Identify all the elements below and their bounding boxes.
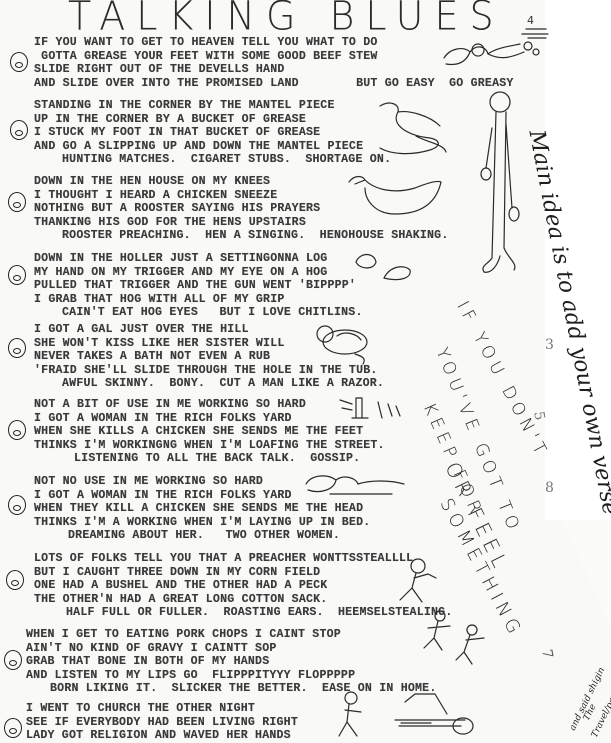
lyric-line: MY HAND ON MY TRIGGER AND MY EYE ON A HO…: [34, 266, 363, 280]
running-figure-sketch-icon: [392, 556, 442, 606]
hog-sketch-icon: [350, 248, 420, 288]
face-doodle-icon: [8, 420, 26, 440]
scanned-page: TALKING BLUES 4 IF YOU WANT TO GET TO HE…: [0, 0, 611, 743]
lying-figure-sketch-icon: [300, 470, 410, 500]
stanza-8: LOTS OF FOLKS TELL YOU THAT A PREACHER W…: [34, 552, 453, 620]
lyric-line: THE OTHER'N HAD A GREAT LONG COTTON SACK…: [34, 593, 453, 607]
spoken-aside: HALF FULL OR FULLER. ROASTING EARS. HEEM…: [34, 606, 453, 620]
tall-stick-figure-sketch-icon: [478, 88, 526, 278]
lyric-line: AND SLIDE OVER INTO THE PROMISED LAND BU…: [34, 77, 514, 91]
stanza-10: I WENT TO CHURCH THE OTHER NIGHT SEE IF …: [26, 702, 298, 743]
lyric-line: ONE HAD A BUSHEL AND THE OTHER HAD A PEC…: [34, 579, 453, 593]
outhouse-sketch-icon: [338, 392, 418, 422]
lyric-line: GRAB THAT BONE IN BOTH OF MY HANDS: [26, 655, 437, 669]
face-doodle-icon: [10, 120, 28, 140]
lyric-line: THINKS I'M A WORKING WHEN I'M LAYING UP …: [34, 516, 370, 530]
face-doodle-icon: [8, 495, 26, 515]
flying-angel-sketch-icon: [440, 38, 540, 74]
lyric-line: AND LISTEN TO MY LIPS GO FLIPPPITYYY FLO…: [26, 669, 437, 683]
lyric-line: PULLED THAT TRIGGER AND THE GUN WENT 'BI…: [34, 279, 363, 293]
stanza-9: WHEN I GET TO EATING PORK CHOPS I CAINT …: [26, 628, 437, 696]
face-doodle-icon: [4, 718, 22, 738]
face-doodle-icon: [4, 650, 22, 670]
dancing-figures-sketch-icon: [420, 608, 490, 668]
lyric-line: UP IN THE CORNER BY A BUCKET OF GREASE: [34, 113, 391, 127]
lyric-line: BUT I CAUGHT THREE DOWN IN MY CORN FIELD: [34, 566, 453, 580]
lyric-line: I WENT TO CHURCH THE OTHER NIGHT: [26, 702, 298, 716]
lyric-line: WHEN I GET TO EATING PORK CHOPS I CAINT …: [26, 628, 437, 642]
face-doodle-icon: [10, 52, 28, 72]
lyric-line: LOTS OF FOLKS TELL YOU THAT A PREACHER W…: [34, 552, 453, 566]
slipping-man-sketch-icon: [370, 96, 450, 166]
lyric-line: I GOT A WOMAN IN THE RICH FOLKS YARD: [34, 412, 385, 426]
lyric-line: 'FRAID SHE'LL SLIDE THROUGH THE HOLE IN …: [34, 364, 384, 378]
stanza-2: STANDING IN THE CORNER BY THE MANTEL PIE…: [34, 99, 391, 167]
spoken-aside: LISTENING TO ALL THE BACK TALK. GOSSIP.: [34, 452, 385, 466]
margin-number: 3: [545, 337, 554, 353]
stanza-6: NOT A BIT OF USE IN ME WORKING SO HARD I…: [34, 398, 385, 466]
spoken-aside: CAIN'T EAT HOG EYES BUT I LOVE CHITLINS.: [34, 306, 363, 320]
stanza-4: DOWN IN THE HOLLER JUST A SETTINGONNA LO…: [34, 252, 363, 320]
lyric-line: WHEN THEY KILL A CHICKEN SHE SENDS ME TH…: [34, 502, 370, 516]
lyric-line: AND GO A SLIPPING UP AND DOWN THE MANTEL…: [34, 140, 391, 154]
spoken-aside: AWFUL SKINNY. BONY. CUT A MAN LIKE A RAZ…: [34, 377, 384, 391]
face-doodle-icon: [8, 192, 26, 212]
church-sketch-icon: [335, 690, 475, 740]
page-title: TALKING BLUES: [68, 0, 505, 39]
lyric-line: LADY GOT RELIGION AND WAVED HER HANDS: [26, 729, 298, 743]
lyric-line: SEE IF EVERYBODY HAD BEEN LIVING RIGHT: [26, 716, 298, 730]
margin-number: 8: [545, 480, 554, 496]
hen-sketch-icon: [345, 170, 445, 220]
lyric-line: I GRAB THAT HOG WITH ALL OF MY GRIP: [34, 293, 363, 307]
spoken-aside: HUNTING MATCHES. CIGARET STUBS. SHORTAGE…: [34, 153, 391, 167]
face-doodle-icon: [8, 338, 26, 358]
spoken-aside: ROOSTER PREACHING. HEN A SINGING. HENOHO…: [34, 229, 449, 243]
face-doodle-icon: [8, 265, 26, 285]
lyric-line: I STUCK MY FOOT IN THAT BUCKET OF GREASE: [34, 126, 391, 140]
lyric-line: NOT A BIT OF USE IN ME WORKING SO HARD: [34, 398, 385, 412]
lyric-line: STANDING IN THE CORNER BY THE MANTEL PIE…: [34, 99, 391, 113]
girl-in-tub-sketch-icon: [305, 320, 375, 365]
lyric-line: DOWN IN THE HOLLER JUST A SETTINGONNA LO…: [34, 252, 363, 266]
lyric-line: AIN'T NO KIND OF GRAVY I CAINTT SOP: [26, 642, 437, 656]
spoken-aside: DREAMING ABOUT HER. TWO OTHER WOMEN.: [34, 529, 370, 543]
face-doodle-icon: [6, 570, 24, 590]
lyric-line: WHEN SHE KILLS A CHICKEN SHE SENDS ME TH…: [34, 425, 385, 439]
lyric-line: THINKS I'M WORKINGNG WHEN I'M LOAFING TH…: [34, 439, 385, 453]
